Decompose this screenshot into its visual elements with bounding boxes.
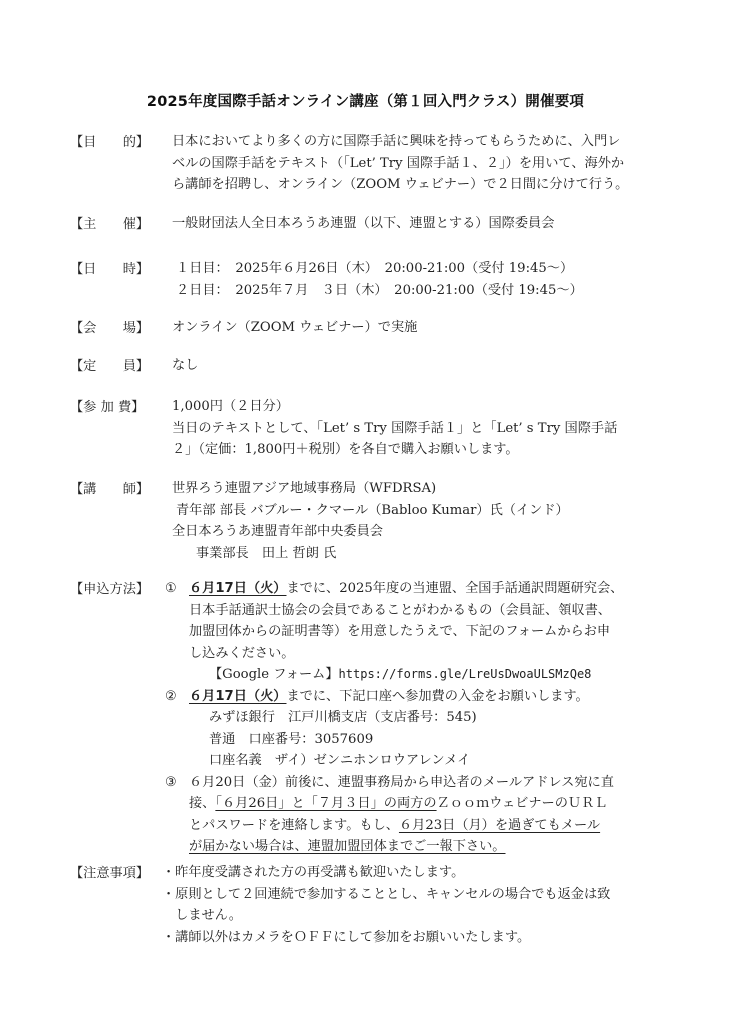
fee-text-line: 当日のテキストとして、「Let’ s Try 国際手話１」と「Let’ s Tr…: [172, 418, 672, 440]
fee-amount: 1,000円（２日分）: [172, 396, 672, 418]
step-text: ＺｏｏｍウェビナーのＵＲＬ: [437, 796, 608, 811]
label-purpose: 【目 的】: [70, 131, 160, 150]
google-form-line: 【Google フォーム】https://forms.gle/LreUsDwoa…: [165, 664, 665, 686]
organizer-text: 一般財団法人全日本ろうあ連盟（以下、連盟とする）国際委員会: [172, 213, 672, 235]
step-3-line: が届かない場合は、連盟加盟団体までご一報下さい。: [165, 836, 665, 858]
document-page: 2025年度国際手話オンライン講座（第１回入門クラス）開催要項 【目 的】 日本…: [0, 0, 731, 1024]
step-text: までに、下記口座へ参加費の入金をお願いします。: [286, 689, 588, 704]
note-item: しません。: [162, 905, 662, 927]
note-item: ・昨年度受講された方の再受講も歓迎いたします。: [162, 862, 662, 884]
step-text: 接、: [189, 796, 215, 811]
bank-holder: 口座名義 ザイ）ゼンニホンロウアレンメイ: [165, 750, 665, 772]
step-1-line: し込みください。: [165, 643, 665, 665]
step-3-line: 接、「６月26日」と「７月３日」の両方のＺｏｏｍウェビナーのＵＲＬ: [165, 793, 665, 815]
deadline-date: ６月17日（火）: [189, 581, 286, 596]
bank-name: みずほ銀行 江戸川橋支店（支店番号：545): [165, 707, 665, 729]
application-step-1: ①６月17日（火）までに、2025年度の当連盟、全国手話通訳問題研究会、: [165, 578, 665, 600]
label-venue: 【会 場】: [70, 317, 160, 336]
deadline-date: ６月17日（火）: [189, 689, 286, 704]
underlined-text: ６月23日（月）を過ぎてもメール: [399, 818, 600, 833]
datetime-day1: １日目： 2025年６月26日（木） 20:00-21:00（受付 19:45～…: [172, 258, 672, 280]
step-1-line: 日本手話通訳士協会の会員であることがわかるもの（会員証、領収書、: [165, 600, 665, 622]
instructor-org-2: 全日本ろうあ連盟青年部中央委員会: [172, 521, 672, 543]
purpose-line: ら講師を招聘し、オンライン（ZOOM ウェビナー）で２日間に分けて行う。: [172, 174, 672, 196]
underlined-text: が届かない場合は、連盟加盟団体までご一報下さい。: [189, 839, 506, 854]
label-organizer: 【主 催】: [70, 213, 160, 232]
google-form-label: 【Google フォーム】: [209, 667, 339, 682]
capacity-text: なし: [172, 355, 672, 377]
step-1-line: 加盟団体からの証明書等）を用意したうえで、下記のフォームからお申: [165, 621, 665, 643]
application-step-2: ②６月17日（火）までに、下記口座へ参加費の入金をお願いします。: [165, 686, 665, 708]
step-number: ②: [165, 686, 189, 708]
bank-account: 普通 口座番号：3057609: [165, 729, 665, 751]
fee-text-line: ２」（定価：1,800円＋税別）を各自で購入お願いします。: [172, 439, 672, 461]
venue-text: オンライン（ZOOM ウェビナー）で実施: [172, 317, 672, 339]
instructor-org-1: 世界ろう連盟アジア地域事務局（WFDRSA): [172, 478, 672, 500]
label-notes: 【注意事項】: [70, 862, 160, 881]
step-number: ③: [165, 772, 189, 794]
label-datetime: 【日 時】: [70, 258, 160, 277]
step-number: ①: [165, 578, 189, 600]
note-item: ・講師以外はカメラをＯＦＦにして参加をお願いいたします。: [162, 927, 662, 949]
label-capacity: 【定 員】: [70, 355, 160, 374]
application-step-3: ③６月20日（金）前後に、連盟事務局から申込者のメールアドレス宛に直: [165, 772, 665, 794]
datetime-day2: ２日目： 2025年７月 ３日（木） 20:00-21:00（受付 19:45～…: [172, 280, 672, 302]
step-text: ６月20日（金）前後に、連盟事務局から申込者のメールアドレス宛に直: [189, 775, 614, 790]
label-fee: 【参 加 費】: [70, 396, 160, 415]
label-application: 【申込方法】: [70, 578, 160, 597]
label-instructor: 【講 師】: [70, 478, 160, 497]
purpose-line: 日本においてより多くの方に国際手話に興味を持ってもらうために、入門レ: [172, 131, 672, 153]
google-form-link[interactable]: https://forms.gle/LreUsDwoaULSMzQe8: [339, 667, 592, 681]
document-title: 2025年度国際手話オンライン講座（第１回入門クラス）開催要項: [0, 90, 731, 111]
purpose-line: ベルの国際手話をテキスト（「Let’ Try 国際手話１、２」）を用いて、海外か: [172, 153, 672, 175]
instructor-name-2: 事業部長 田上 哲朗 氏: [172, 543, 672, 565]
step-text: までに、2025年度の当連盟、全国手話通訳問題研究会、: [286, 581, 623, 596]
step-3-line: とパスワードを連絡します。もし、６月23日（月）を過ぎてもメール: [165, 815, 665, 837]
underlined-text: 「６月26日」と「７月３日」の両方の: [215, 796, 436, 811]
note-item: ・原則として２回連続で参加することとし、キャンセルの場合でも返金は致: [162, 884, 662, 906]
instructor-name-1: 青年部 部長 バブルー・クマール（Babloo Kumar）氏（インド）: [172, 500, 672, 522]
step-text: とパスワードを連絡します。もし、: [189, 818, 399, 833]
